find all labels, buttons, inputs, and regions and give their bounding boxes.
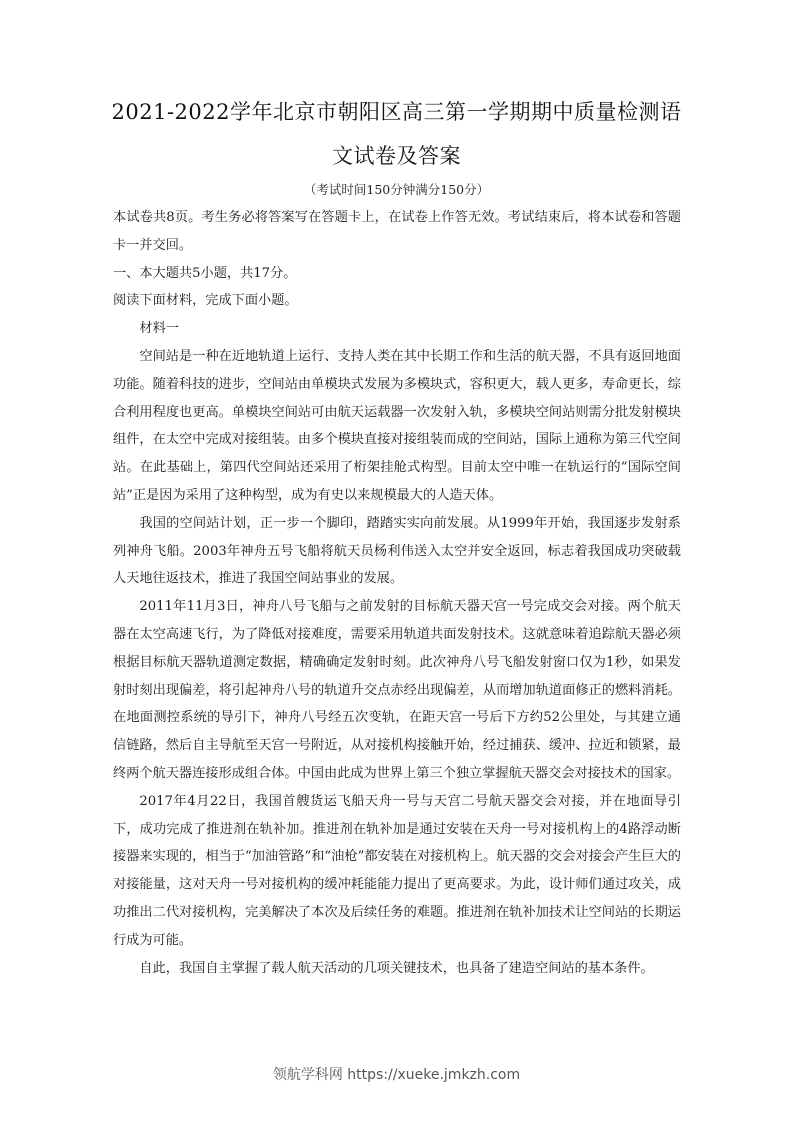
reading-prompt: 阅读下面材料，完成下面小题。 (113, 287, 681, 315)
footer-watermark: 领航学科网 https://xueke.jmkzh.com (0, 1064, 793, 1084)
paragraph: 2017年4月22日，我国首艘货运飞船天舟一号与天宫二号航天器交会对接，并在地面… (113, 788, 681, 955)
paragraph: 2011年11月3日，神舟八号飞船与之前发射的目标航天器天宫一号完成交会对接。两… (113, 593, 681, 788)
document-body: 本试卷共8页。考生务必将答案写在答题卡上，在试卷上作答无效。考试结束后，将本试卷… (113, 204, 681, 982)
paragraph: 我国的空间站计划，正一步一个脚印，踏踏实实向前发展。从1999年开始，我国逐步发… (113, 510, 681, 593)
paragraph: 空间站是一种在近地轨道上运行、支持人类在其中长期工作和生活的航天器，不具有返回地… (113, 343, 681, 510)
instructions: 本试卷共8页。考生务必将答案写在答题卡上，在试卷上作答无效。考试结束后，将本试卷… (113, 204, 681, 260)
document-page: 2021-2022学年北京市朝阳区高三第一学期期中质量检测语 文试卷及答案 （考… (0, 0, 793, 1122)
section-heading: 一、本大题共5小题，共17分。 (113, 260, 681, 288)
document-title-line-1: 2021-2022学年北京市朝阳区高三第一学期期中质量检测语 (0, 96, 793, 126)
material-label: 材料一 (113, 315, 681, 343)
document-title-line-2: 文试卷及答案 (0, 140, 793, 170)
exam-time-note: （考试时间150分钟满分150分） (0, 180, 793, 198)
paragraph: 自此，我国自主掌握了载人航天活动的几项关键技术，也具备了建造空间站的基本条件。 (113, 955, 681, 983)
